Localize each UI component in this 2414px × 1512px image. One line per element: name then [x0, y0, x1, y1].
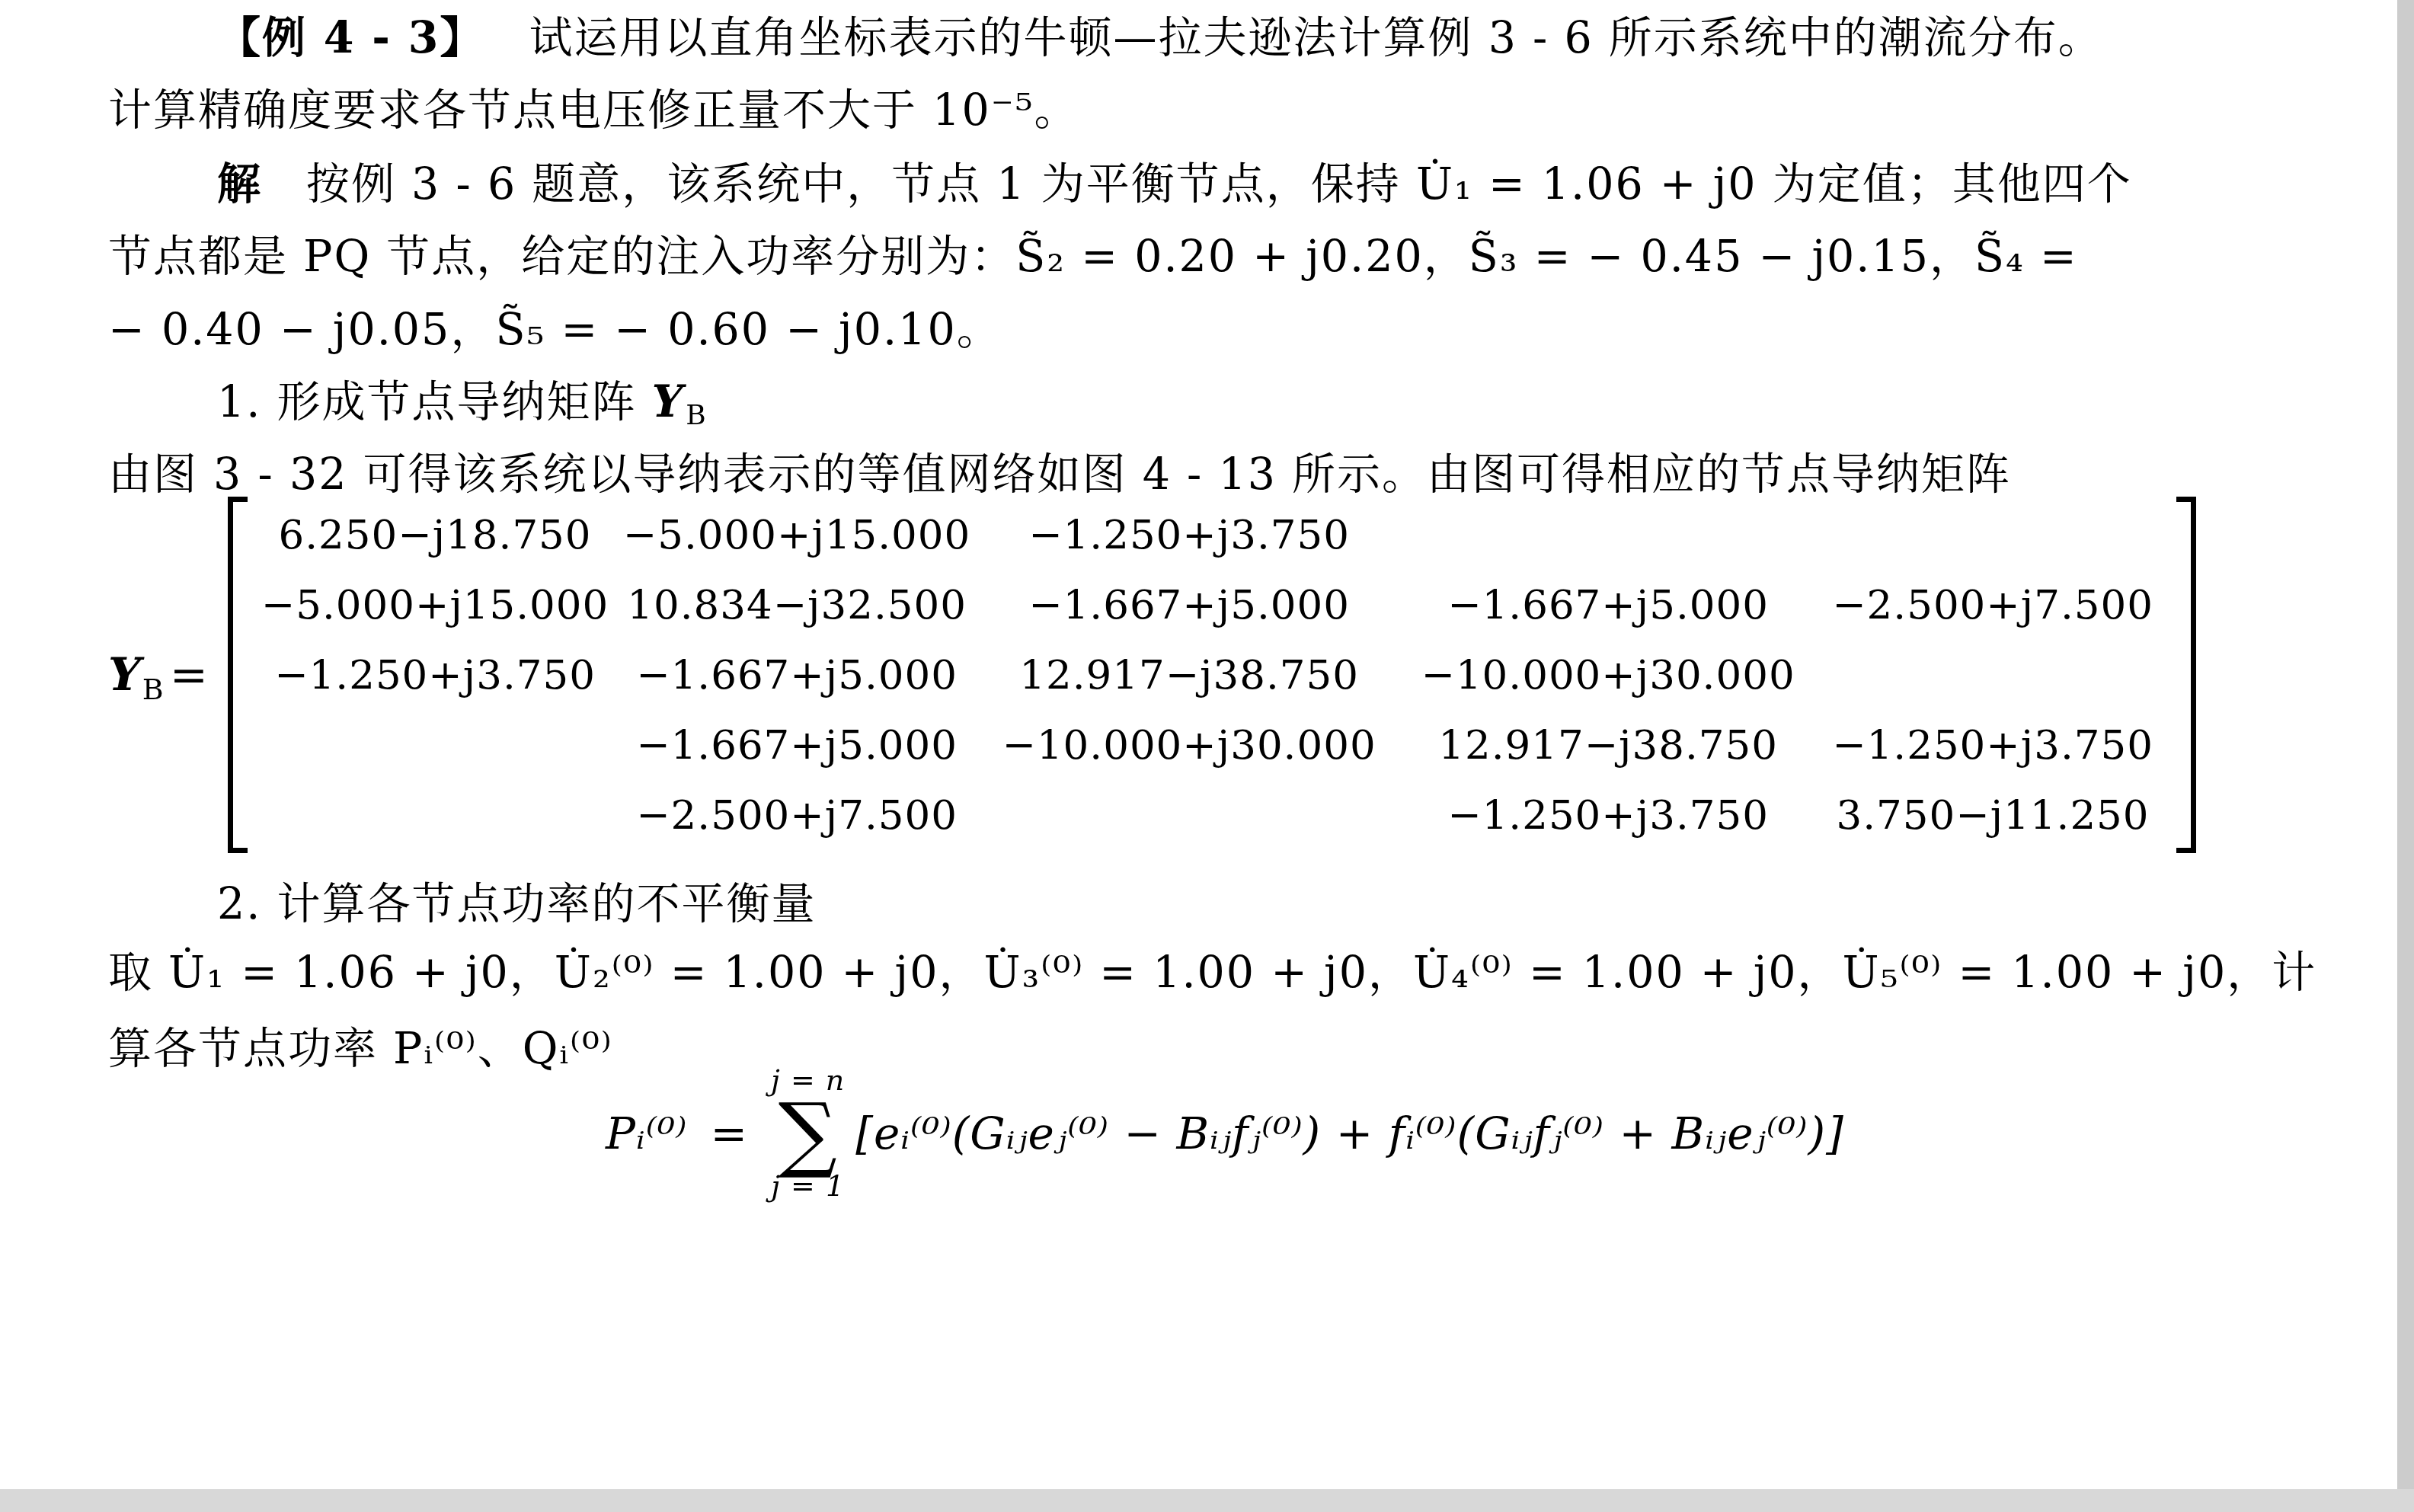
matrix-grid: 6.250−j18.750 −5.000+j15.000 −1.250+j3.7… — [248, 500, 2176, 850]
example-statement-line-2: 计算精确度要求各节点电压修正量不大于 10⁻⁵。 — [108, 84, 1079, 138]
section-2-heading-text: 2. 计算各节点功率的不平衡量 — [217, 879, 817, 929]
summation: j = n ∑ j = 1 — [771, 1065, 845, 1203]
solution-label: 解 — [217, 158, 262, 209]
matrix-cell-r3c1: −1.250+j3.750 — [274, 652, 596, 698]
matrix-cell-r4c4: 12.917−j38.750 — [1438, 722, 1778, 769]
section-1-body-line: 由图 3 - 32 可得该系统以导纳表示的等值网络如图 4 - 13 所示。由图… — [108, 448, 2011, 502]
matrix-cell-r1c3: −1.250+j3.750 — [1028, 512, 1350, 558]
example-statement-line-1: 【例 4 - 3】试运用以直角坐标表示的牛顿—拉夫逊法计算例 3 - 6 所示系… — [217, 11, 2103, 66]
admittance-symbol-subscript: B — [686, 400, 707, 431]
matrix-cell-r2c1: −5.000+j15.000 — [261, 582, 609, 628]
matrix-cell-r4c2: −1.667+j5.000 — [636, 722, 958, 769]
matrix-cell-r2c2: 10.834−j32.500 — [627, 582, 967, 628]
formula-lhs: Pᵢ⁽⁰⁾ — [606, 1108, 687, 1159]
matrix-cell-r5c5: 3.750−j11.250 — [1837, 792, 2150, 839]
accuracy-requirement-text: 计算精确度要求各节点电压修正量不大于 10⁻⁵。 — [108, 85, 1079, 136]
formula-equals: = — [710, 1108, 748, 1159]
matrix-cell-r1c2: −5.000+j15.000 — [623, 512, 970, 558]
matrix-bracket-left — [228, 497, 248, 853]
admittance-matrix: YB= 6.250−j18.750 −5.000+j15.000 −1.250+… — [108, 497, 2196, 853]
active-power-formula: Pᵢ⁽⁰⁾ = j = n ∑ j = 1 [eᵢ⁽⁰⁾(Gᵢⱼeⱼ⁽⁰⁾ − … — [606, 1065, 1844, 1203]
matrix-label-Y: Y — [108, 648, 141, 702]
matrix-cell-r3c3: 12.917−j38.750 — [1019, 652, 1359, 698]
scan-edge-right — [2397, 0, 2414, 1512]
sigma-symbol: ∑ — [779, 1097, 838, 1171]
section-2-heading: 2. 计算各节点功率的不平衡量 — [217, 877, 817, 932]
solution-line-2: 节点都是 PQ 节点，给定的注入功率分别为：S̃₂ = 0.20 + j0.20… — [108, 230, 2078, 284]
matrix-cell-r3c4: −10.000+j30.000 — [1421, 652, 1795, 698]
scan-edge-bottom — [0, 1489, 2414, 1512]
solution-text-2: 节点都是 PQ 节点，给定的注入功率分别为：S̃₂ = 0.20 + j0.20… — [108, 232, 2078, 282]
matrix-cell-r5c4: −1.250+j3.750 — [1447, 792, 1769, 839]
matrix-cell-r2c4: −1.667+j5.000 — [1447, 582, 1769, 628]
formula-body: [eᵢ⁽⁰⁾(Gᵢⱼeⱼ⁽⁰⁾ − Bᵢⱼfⱼ⁽⁰⁾) + fᵢ⁽⁰⁾(Gᵢⱼf… — [855, 1108, 1844, 1159]
matrix-bracket-right — [2176, 497, 2196, 853]
section-1-body-text: 由图 3 - 32 可得该系统以导纳表示的等值网络如图 4 - 13 所示。由图… — [108, 449, 2011, 500]
solution-line-1: 解按例 3 - 6 题意，该系统中，节点 1 为平衡节点，保持 U̇₁ = 1.… — [217, 157, 2132, 212]
solution-text-3: − 0.40 − j0.05，S̃₅ = − 0.60 − j0.10。 — [108, 305, 1002, 355]
section-2-body-line-2: 算各节点功率 Pᵢ⁽⁰⁾、Qᵢ⁽⁰⁾ — [108, 1022, 613, 1076]
solution-text-1: 按例 3 - 6 题意，该系统中，节点 1 为平衡节点，保持 U̇₁ = 1.0… — [306, 159, 2132, 209]
matrix-cell-r2c5: −2.500+j7.500 — [1832, 582, 2153, 628]
matrix-cell-r3c2: −1.667+j5.000 — [636, 652, 958, 698]
matrix-cell-r4c5: −1.250+j3.750 — [1832, 722, 2153, 769]
section-1-heading: 1. 形成节点导纳矩阵 YB — [217, 375, 708, 430]
textbook-page: 【例 4 - 3】试运用以直角坐标表示的牛顿—拉夫逊法计算例 3 - 6 所示系… — [0, 0, 2414, 1512]
initial-voltages-text: 取 U̇₁ = 1.06 + j0，U̇₂⁽⁰⁾ = 1.00 + j0，U̇₃… — [108, 948, 2316, 998]
matrix-cell-r4c3: −10.000+j30.000 — [1002, 722, 1376, 769]
example-statement-text: 试运用以直角坐标表示的牛顿—拉夫逊法计算例 3 - 6 所示系统中的潮流分布。 — [529, 13, 2103, 63]
section-2-body-line-1: 取 U̇₁ = 1.06 + j0，U̇₂⁽⁰⁾ = 1.00 + j0，U̇₃… — [108, 946, 2316, 1000]
summation-lower-limit: j = 1 — [771, 1171, 845, 1203]
matrix-label-equals: = — [170, 648, 208, 702]
matrix-cell-r1c1: 6.250−j18.750 — [279, 512, 592, 558]
matrix-label-subscript: B — [142, 673, 164, 706]
matrix-cell-r5c2: −2.500+j7.500 — [636, 792, 958, 839]
section-1-heading-text: 1. 形成节点导纳矩阵 — [217, 377, 652, 427]
matrix-cell-r2c3: −1.667+j5.000 — [1028, 582, 1350, 628]
example-tag: 【例 4 - 3】 — [217, 12, 485, 63]
admittance-symbol: Y — [652, 376, 685, 427]
admittance-matrix-label: YB= — [108, 648, 208, 702]
solution-line-3: − 0.40 − j0.05，S̃₅ = − 0.60 − j0.10。 — [108, 303, 1002, 357]
power-symbols-text: 算各节点功率 Pᵢ⁽⁰⁾、Qᵢ⁽⁰⁾ — [108, 1024, 613, 1074]
